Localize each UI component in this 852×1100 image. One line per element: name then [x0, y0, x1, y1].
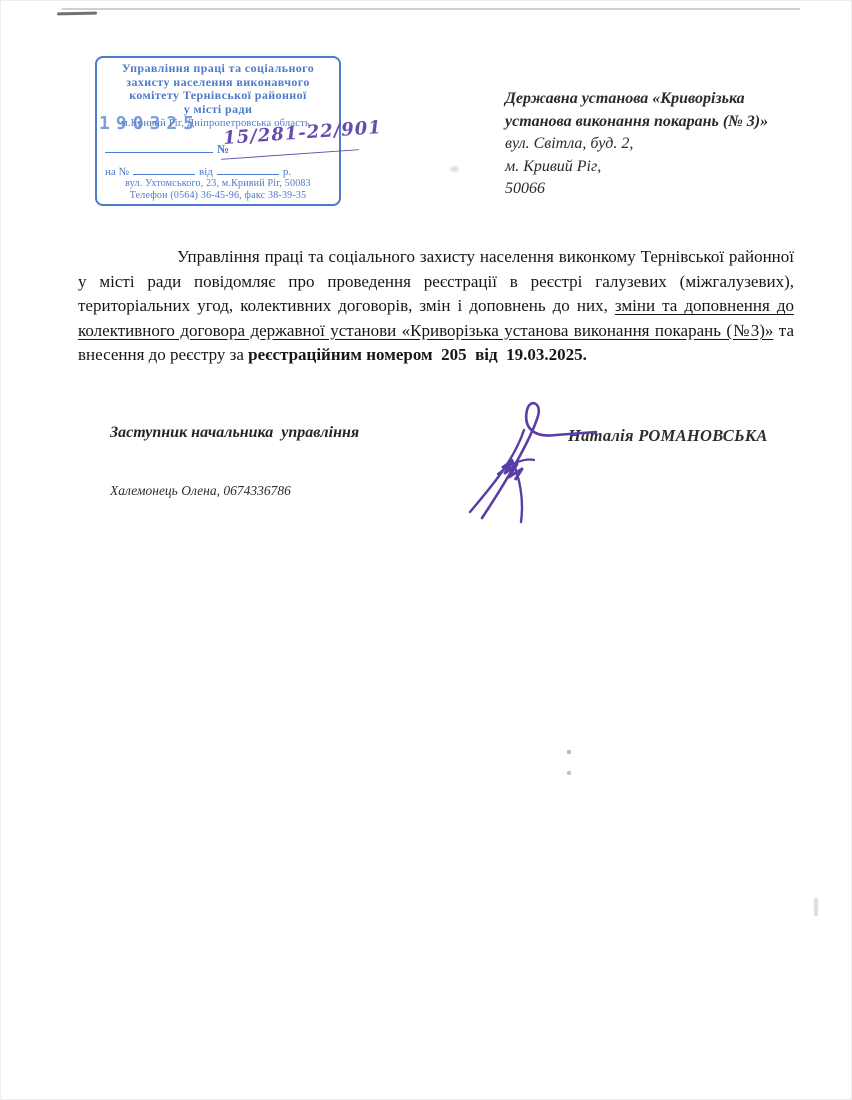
signer-position-title: Заступник начальника управління: [110, 424, 359, 442]
scan-artifact-smudge: [450, 166, 459, 172]
stamp-org-line: Управління праці та соціального: [97, 62, 339, 76]
stamp-org-name: Управління праці та соціального захисту …: [97, 62, 339, 116]
stamp-r-label: р.: [283, 166, 291, 178]
stamp-vid-label: від: [199, 166, 213, 178]
recipient-postal-code: 50066: [505, 178, 805, 201]
scan-artifact-dot: [567, 750, 571, 754]
scanned-letter-page: Управління праці та соціального захисту …: [0, 0, 852, 1100]
stamp-blank-line: [133, 164, 195, 175]
stamp-org-line: комітету Тернівської районної: [97, 89, 339, 103]
recipient-name-line: Державна установа «Криворізька: [505, 88, 805, 111]
stamp-incoming-row: на №відр.: [105, 164, 331, 178]
recipient-block: Державна установа «Криворізька установа …: [505, 88, 805, 201]
handwritten-signature-icon: [468, 396, 628, 526]
stamp-na-no-label: на №: [105, 166, 129, 178]
sender-stamp: Управління праці та соціального захисту …: [95, 56, 341, 206]
stamp-org-line: захисту населення виконавчого: [97, 76, 339, 90]
scan-artifact-line: [62, 8, 800, 10]
paragraph-segment: реєстраційним номером 205 від 19.03.2025…: [248, 345, 587, 364]
recipient-city: м. Кривий Ріг,: [505, 156, 805, 179]
recipient-name-line: установа виконання покарань (№ 3)»: [505, 111, 805, 134]
scan-artifact-dash: [57, 12, 97, 16]
stamp-blank-line: [217, 164, 279, 175]
scan-artifact-dot: [567, 771, 571, 775]
stamp-number-blank-line: [105, 142, 213, 153]
recipient-street: вул. Світла, буд. 2,: [505, 133, 805, 156]
scan-artifact-edge-mark: [814, 898, 818, 916]
stamp-number-row: №: [105, 142, 331, 157]
letter-body-paragraph: Управління праці та соціального захисту …: [78, 245, 794, 368]
date-stamp: 190325: [99, 113, 200, 134]
executor-contact: Халемонець Олена, 0674336786: [110, 483, 291, 499]
stamp-address-line: вул. Ухтомського, 23, м.Кривий Ріг, 5008…: [97, 178, 339, 189]
stamp-phone-line: Телефон (0564) 36-45-96, факс 38-39-35: [97, 190, 339, 201]
